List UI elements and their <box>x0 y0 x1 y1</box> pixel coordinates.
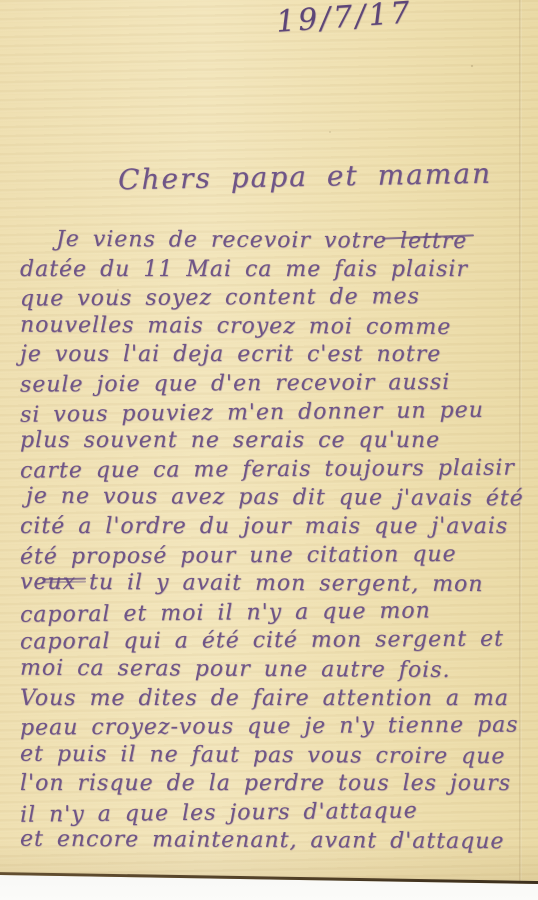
letter-line: peau croyez-vous que je n'y tienne pas <box>20 712 536 744</box>
letter-line: l'on risque de la perdre tous les jours <box>20 770 536 799</box>
letter-line: moi ca seras pour une autre fois. <box>20 655 536 686</box>
letter-paper: 19/7/17 Chers papa et maman Je viens de … <box>0 0 538 890</box>
letter-line: carte que ca me ferais toujours plaisir <box>20 454 536 486</box>
letter-line: plus souvent ne serais ce qu'une <box>20 427 536 456</box>
letter-line: cité a l'ordre du jour mais que j'avais <box>20 513 536 542</box>
letter-line: veux tu il y avait mon sergent, mon <box>20 569 536 600</box>
letter-line: nouvelles mais croyez moi comme <box>20 311 536 342</box>
letter-line: que vous soyez content de mes <box>20 283 536 315</box>
letter-line: si vous pouviez m'en donner un peu <box>20 396 536 430</box>
letter-line: je vous l'ai deja ecrit c'est notre <box>20 341 536 370</box>
letter-date: 19/7/17 <box>275 0 414 40</box>
letter-body: Je viens de recevoir votre lettre datée … <box>20 227 536 856</box>
letter-line: datée du 11 Mai ca me fais plaisir <box>20 256 536 285</box>
letter-line: Vous me dites de faire attention a ma <box>20 685 536 714</box>
letter-line: et encore maintenant, avant d'attaque <box>20 826 536 857</box>
letter-line: Je viens de recevoir votre lettre <box>20 226 536 257</box>
letter-line: été proposé pour une citation que <box>20 540 536 572</box>
letter-salutation: Chers papa et maman <box>118 157 493 197</box>
letter-line: et puis il ne faut pas vous croire que <box>20 740 536 771</box>
letter-line: je ne vous avez pas dit que j'avais été <box>20 483 536 514</box>
letter-line: seule joie que d'en recevoir aussi <box>20 368 536 400</box>
letter-line: caporal qui a été cité mon sergent et <box>20 626 536 658</box>
